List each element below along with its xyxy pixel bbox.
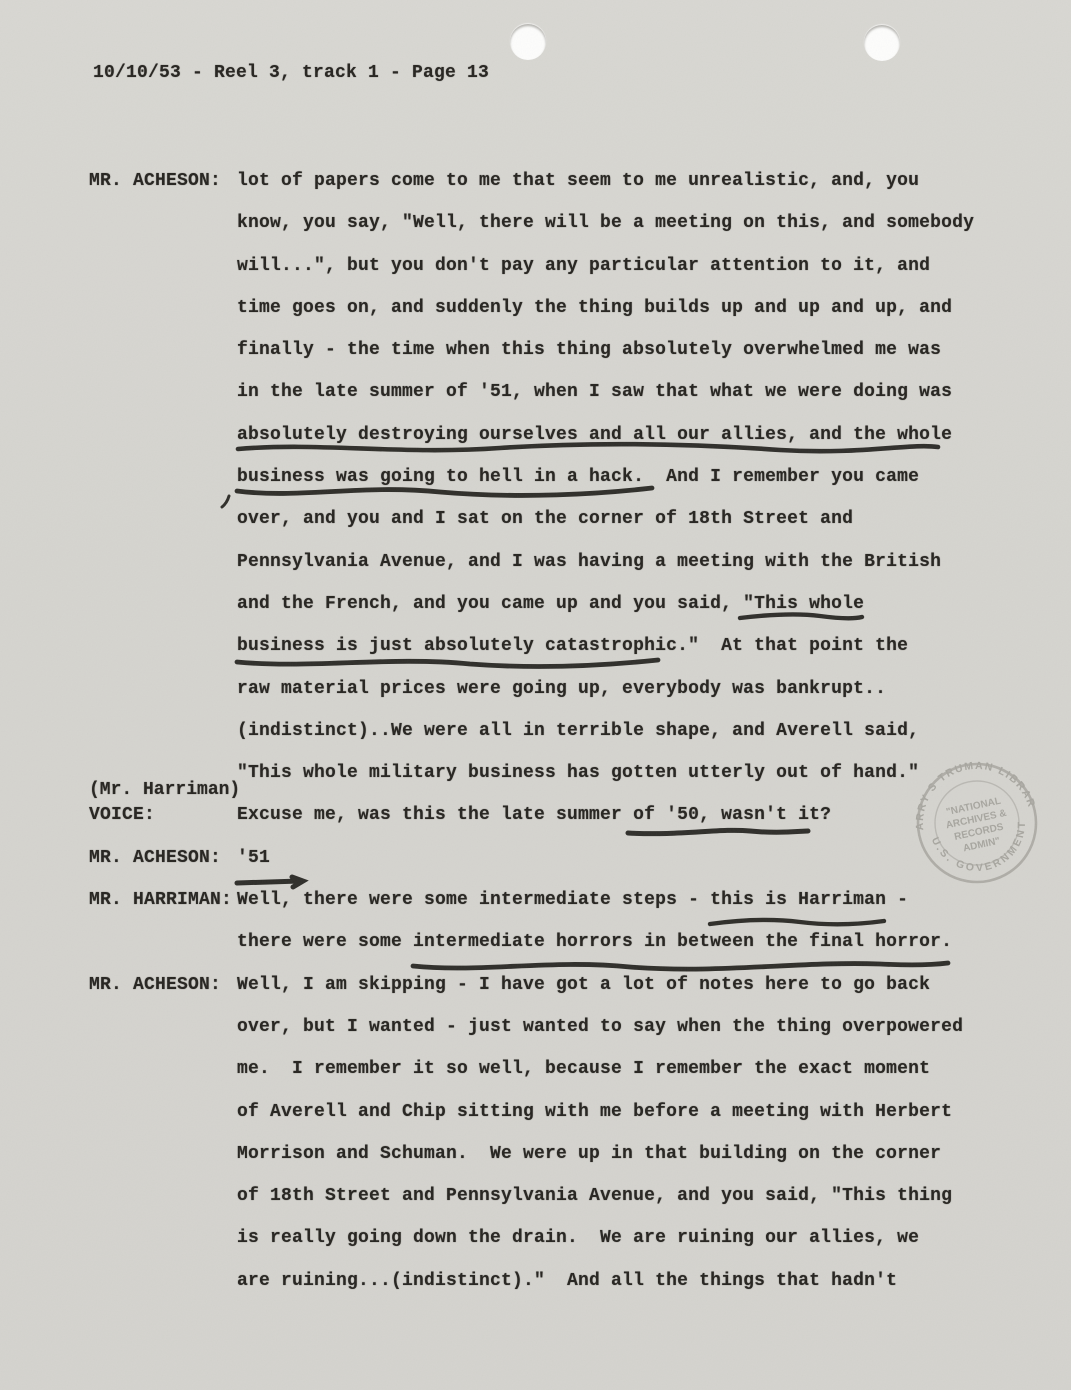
transcript-line: in the late summer of '51, when I saw th… [237, 371, 1039, 413]
utterance-acheson-1: MR. ACHESON: lot of papers come to me th… [89, 160, 1039, 794]
transcript-line: is really going down the drain. We are r… [237, 1217, 1039, 1259]
transcript-line: over, and you and I sat on the corner of… [237, 498, 1039, 540]
page-header: 10/10/53 - Reel 3, track 1 - Page 13 [93, 58, 489, 88]
transcript-line: (indistinct)..We were all in terrible sh… [237, 710, 1039, 752]
transcript-line: know, you say, "Well, there will be a me… [237, 202, 1039, 244]
transcript-line: Pennsylvania Avenue, and I was having a … [237, 541, 1039, 583]
archive-stamp: HARRY S TRUMAN LIBRARY U.S. GOVERNMENT "… [887, 733, 1067, 913]
transcript-line: of 18th Street and Pennsylvania Avenue, … [237, 1175, 1039, 1217]
speaker-label: MR. ACHESON: [89, 964, 221, 1006]
transcript-line: me. I remember it so well, because I rem… [237, 1048, 1039, 1090]
transcript-line: raw material prices were going up, every… [237, 668, 1039, 710]
punch-hole-right [864, 25, 900, 61]
transcript-line: of Averell and Chip sitting with me befo… [237, 1091, 1039, 1133]
transcript-line: are ruining...(indistinct)." And all the… [237, 1260, 1039, 1302]
transcript-line: business was going to hell in a hack. An… [237, 456, 1039, 498]
speaker-label: MR. ACHESON: [89, 160, 221, 202]
transcript-line: will...", but you don't pay any particul… [237, 245, 1039, 287]
utterance-acheson-2: MR. ACHESON: '51 [89, 837, 1039, 879]
utterance-harriman: MR. HARRIMAN: Well, there were some inte… [89, 879, 1039, 964]
transcript-line: there were some intermediate horrors in … [237, 921, 1039, 963]
transcript-line: business is just absolutely catastrophic… [237, 625, 1039, 667]
speaker-label: VOICE: [89, 794, 155, 836]
document-page: 10/10/53 - Reel 3, track 1 - Page 13 MR.… [0, 0, 1071, 1390]
transcript-line: Well, I am skipping - I have got a lot o… [237, 964, 1039, 1006]
transcript: MR. ACHESON: lot of papers come to me th… [89, 160, 1039, 1302]
transcript-line: lot of papers come to me that seem to me… [237, 160, 1039, 202]
transcript-line: and the French, and you came up and you … [237, 583, 1039, 625]
transcript-line: time goes on, and suddenly the thing bui… [237, 287, 1039, 329]
transcript-line: absolutely destroying ourselves and all … [237, 414, 1039, 456]
transcript-line: finally - the time when this thing absol… [237, 329, 1039, 371]
speaker-label: MR. ACHESON: [89, 837, 221, 879]
punch-hole-left [510, 24, 546, 60]
transcript-line: over, but I wanted - just wanted to say … [237, 1006, 1039, 1048]
speaker-label: MR. HARRIMAN: [89, 879, 232, 921]
utterance-acheson-3: MR. ACHESON: Well, I am skipping - I hav… [89, 964, 1039, 1302]
transcript-line: Morrison and Schuman. We were up in that… [237, 1133, 1039, 1175]
